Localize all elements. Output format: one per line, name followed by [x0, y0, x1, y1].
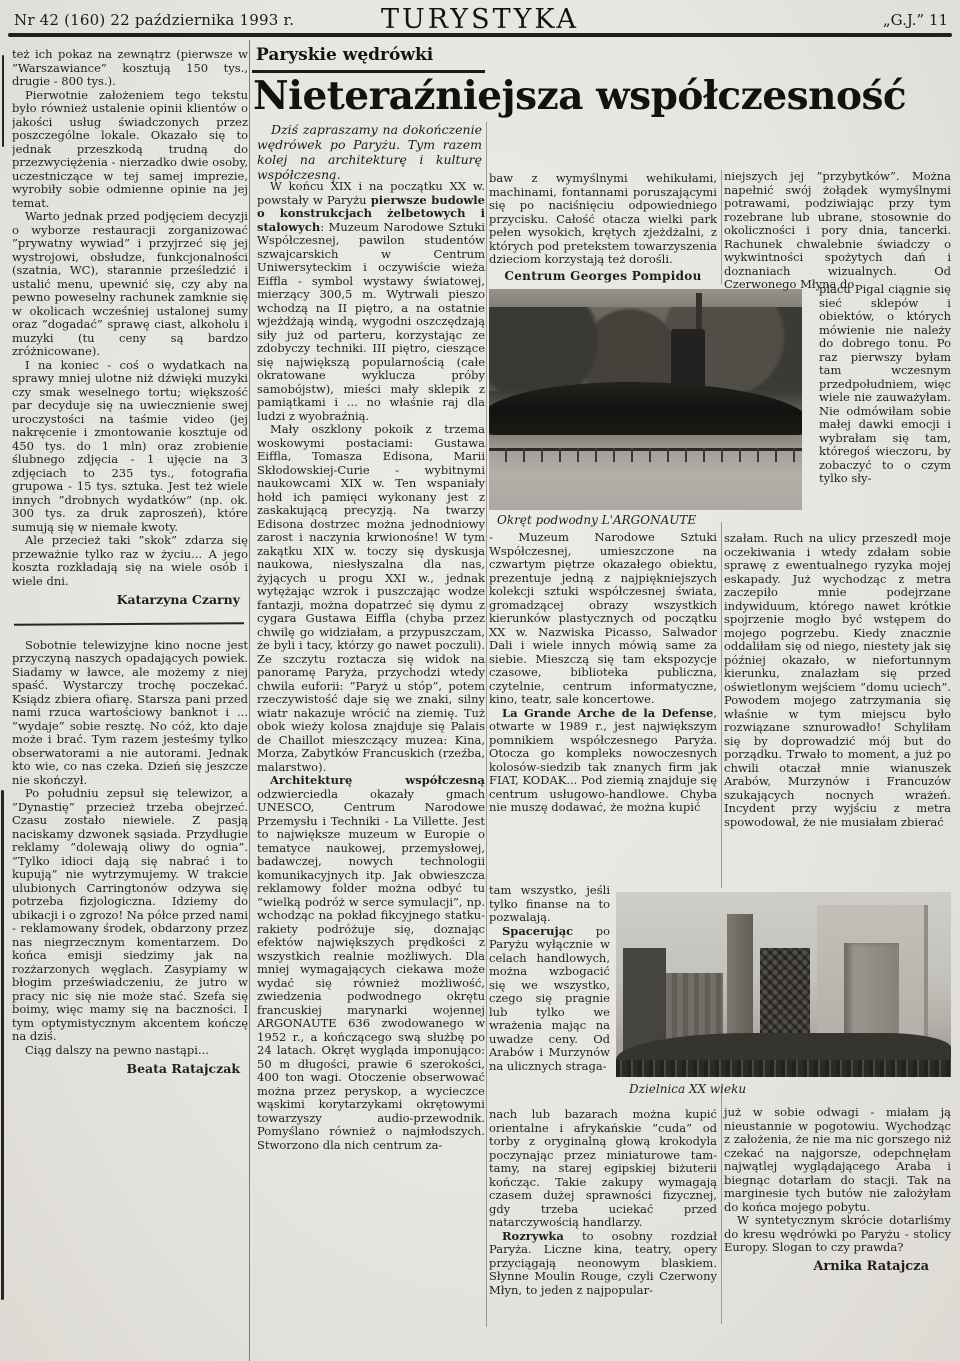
photo2-caption: Dzielnica XX wieku [629, 1082, 829, 1096]
paragraph: Rozrywka to osobny rozdział Paryża. Licz… [489, 1230, 717, 1298]
paragraph: Po południu zepsuł się telewizor, a ”Dyn… [12, 787, 248, 1044]
text: Dziś zapraszamy na dokończenie wędrówek … [257, 122, 482, 182]
paragraph: Architekturę współczesną odzwierciedla o… [257, 774, 485, 1152]
article-wedding-costs: też ich pokaz na zewnątrz (pierwsze w ”W… [12, 48, 248, 588]
paragraph: już w sobie odwagi - miałam ją nieustann… [724, 1106, 951, 1214]
masthead-rule [8, 33, 952, 37]
text: placu Pigal ciągnie się sieć sklepów i o… [819, 282, 951, 485]
bold-text: La Grande Arche de la Defense [502, 706, 713, 720]
text: już w sobie odwagi - miałam ją nieustann… [724, 1105, 951, 1214]
feature-headline: Nieteraźniejsza współczesność [253, 73, 906, 119]
column-rule [721, 522, 722, 888]
text: Warto jednak przed podjęciem decyzji o w… [12, 209, 248, 358]
text: Ciąg dalszy na pewno nastąpi... [25, 1043, 209, 1057]
column-rule [486, 122, 487, 1327]
text: Po południu zepsuł się telewizor, a ”Dyn… [12, 786, 248, 1043]
feature-column-1: W końcu XIX i na początku XX w. powstały… [257, 180, 485, 1358]
feature-column-2-bottom: nach lub bazarach można kupić orientalne… [489, 1108, 717, 1297]
feature-column-2-middle: - Muzeum Narodowe Sztuki Współczesnej, u… [489, 531, 717, 815]
scan-edge-mark [1, 790, 4, 1300]
paragraph: baw z wymyślnymi wehikułami, machinami, … [489, 172, 717, 267]
photo-district-20th-century [616, 892, 951, 1077]
left-column: też ich pokaz na zewnątrz (pierwsze w ”W… [12, 48, 248, 1348]
text: Sobotnie telewizyjne kino nocne jest prz… [12, 638, 248, 787]
paragraph: placu Pigal ciągnie się sieć sklepów i o… [819, 283, 951, 486]
railing-posts [489, 448, 802, 462]
text: Mały oszklony pokoik z trzema woskowymi … [257, 422, 485, 774]
text: tam wszystko, jeśli tylko finanse na to … [489, 883, 610, 924]
paragraph: nach lub bazarach można kupić orientalne… [489, 1108, 717, 1230]
photo-background [489, 307, 802, 391]
paragraph: Spacerując po Paryżu wyłącznie w celach … [489, 925, 610, 1074]
article-tv-evening: Sobotnie telewizyjne kino nocne jest prz… [12, 639, 248, 1058]
feature-column-2-top: baw z wymyślnymi wehikułami, machinami, … [489, 172, 717, 283]
text: baw z wymyślnymi wehikułami, machinami, … [489, 171, 717, 266]
paragraph: Dziś zapraszamy na dokończenie wędrówek … [257, 122, 482, 182]
photo-submarine-argonaute [489, 289, 802, 510]
paragraph: Sobotnie telewizyjne kino nocne jest prz… [12, 639, 248, 788]
text: Ale przecież taki ”skok” zdarza się prze… [12, 533, 248, 588]
article-divider [14, 622, 244, 626]
text: I na koniec - coś o wydatkach na sprawy … [12, 358, 248, 534]
paragraph: też ich pokaz na zewnątrz (pierwsze w ”W… [12, 48, 248, 89]
submarine-conning-tower [671, 329, 705, 386]
bold-text: Rozrywka [502, 1229, 564, 1243]
crowd-band [616, 1060, 951, 1077]
photo1-caption: Okręt podwodny L'ARGONAUTE [497, 513, 797, 527]
paragraph: Ciąg dalszy na pewno nastąpi... [12, 1044, 248, 1058]
masthead-page-number: „G.J.” 11 [883, 11, 948, 29]
column-rule [249, 40, 250, 1361]
text: też ich pokaz na zewnątrz (pierwsze w ”W… [12, 48, 248, 88]
byline-arnika-ratajczak: Arnika Ratajcza [724, 1260, 951, 1274]
paragraph: - Muzeum Narodowe Sztuki Współczesnej, u… [489, 531, 717, 707]
paragraph: W syntetycznym skrócie dotarliśmy do kre… [724, 1214, 951, 1255]
paragraph: niejszych jej ”przybytków”. Można napełn… [724, 170, 951, 292]
paragraph: Mały oszklony pokoik z trzema woskowymi … [257, 423, 485, 774]
text: : Muzeum Narodowe Sztuki Współczesnej, p… [257, 220, 485, 423]
paragraph: W końcu XIX i na początku XX w. powstały… [257, 180, 485, 423]
feature-column-3-middle: szałam. Ruch na ulicy przeszedł moje ocz… [724, 532, 951, 829]
byline-beata-ratajczak: Beata Ratajczak [12, 1062, 248, 1076]
feature-lead: Dziś zapraszamy na dokończenie wędrówek … [257, 122, 482, 182]
text: nach lub bazarach można kupić orientalne… [489, 1107, 717, 1229]
grande-arche [817, 905, 928, 1053]
feature-column-2-narrow: tam wszystko, jeśli tylko finanse na to … [489, 884, 610, 1073]
bold-text: Spacerując [502, 924, 573, 938]
feature-column-3-bottom: już w sobie odwagi - miałam ją nieustann… [724, 1106, 951, 1273]
feature-column-3-narrow: placu Pigal ciągnie się sieć sklepów i o… [819, 283, 951, 486]
masthead-section-title: TURYSTYKA [0, 4, 960, 35]
feature-kicker: Paryskie wędrówki [256, 45, 433, 65]
paragraph: szałam. Ruch na ulicy przeszedł moje ocz… [724, 532, 951, 829]
feature-column-3-top: niejszych jej ”przybytków”. Można napełn… [724, 170, 951, 292]
text: Pierwotnie założeniem tego tekstu było r… [12, 88, 248, 210]
text: odzwierciedla okazały gmach UNESCO, Cent… [257, 787, 485, 1152]
scan-edge-mark [2, 55, 4, 147]
text: niejszych jej ”przybytków”. Można napełn… [724, 169, 951, 291]
paragraph: Warto jednak przed podjęciem decyzji o w… [12, 210, 248, 359]
paragraph: La Grande Arche de la Defense, otwarte w… [489, 707, 717, 815]
newspaper-page: { "colors": { "paper": "#e7e5e0", "ink":… [0, 0, 960, 1361]
column-3-ending: już w sobie odwagi - miałam ją nieustann… [724, 1106, 951, 1255]
column-2-intro: baw z wymyślnymi wehikułami, machinami, … [489, 172, 717, 267]
column-rule [721, 170, 722, 284]
paragraph: tam wszystko, jeśli tylko finanse na to … [489, 884, 610, 925]
text: po Paryżu wyłącznie w celach handlowych,… [489, 924, 610, 1073]
text: szałam. Ruch na ulicy przeszedł moje ocz… [724, 531, 951, 829]
bold-text: Architekturę współczesną [270, 773, 485, 787]
paragraph: I na koniec - coś o wydatkach na sprawy … [12, 359, 248, 535]
text: , otwarte w 1989 r., jest największym po… [489, 706, 717, 815]
text: W syntetycznym skrócie dotarliśmy do kre… [724, 1213, 951, 1254]
byline-katarzyna-czarny: Katarzyna Czarny [12, 593, 248, 607]
subheading-centre-pompidou: Centrum Georges Pompidou [489, 270, 717, 284]
text: - Muzeum Narodowe Sztuki Współczesnej, u… [489, 530, 717, 706]
column-rule [721, 1084, 722, 1324]
paragraph: Ale przecież taki ”skok” zdarza się prze… [12, 534, 248, 588]
paragraph: Pierwotnie założeniem tego tekstu było r… [12, 89, 248, 211]
